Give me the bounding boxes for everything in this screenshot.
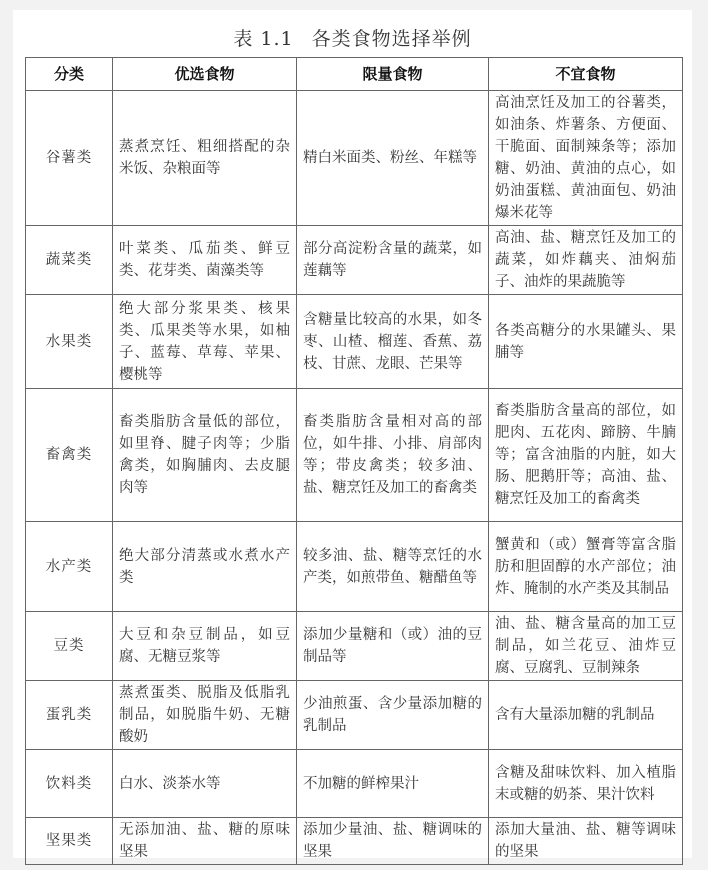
preferred-cell: 畜类脂肪含量低的部位，如里脊、腱子肉等；少脂禽类，如胸脯肉、去皮腿肉等 (113, 389, 297, 522)
category-cell: 畜禽类 (26, 389, 113, 522)
category-cell: 谷薯类 (26, 91, 113, 226)
category-cell: 豆类 (26, 612, 113, 681)
table-row: 饮料类 白水、淡茶水等 不加糖的鲜榨果汁 含糖及甜味饮料、加入植脂末或糖的奶茶、… (26, 750, 683, 818)
table-caption: 表 1.1各类食物选择举例 (13, 24, 692, 51)
table-row: 坚果类 无添加油、盐、糖的原味坚果 添加少量油、盐、糖调味的坚果 添加大量油、盐… (26, 818, 683, 865)
limited-cell: 畜类脂肪含量相对高的部位，如牛排、小排、肩部肉等；带皮禽类；较多油、盐、糖烹饪及… (297, 389, 489, 522)
avoid-cell: 高油、盐、糖烹饪及加工的蔬菜，如炸藕夹、油焖茄子、油炸的果蔬脆等 (489, 226, 683, 295)
header-avoid: 不宜食物 (489, 58, 683, 91)
table-row: 水果类 绝大部分浆果类、核果类、瓜果类等水果，如柚子、蓝莓、草莓、苹果、樱桃等 … (26, 295, 683, 389)
header-limited: 限量食物 (297, 58, 489, 91)
header-category: 分类 (26, 58, 113, 91)
category-cell: 饮料类 (26, 750, 113, 818)
category-cell: 水果类 (26, 295, 113, 389)
limited-cell: 少油煎蛋、含少量添加糖的乳制品 (297, 681, 489, 750)
limited-cell: 部分高淀粉含量的蔬菜，如莲藕等 (297, 226, 489, 295)
preferred-cell: 叶菜类、瓜茄类、鲜豆类、花芽类、菌藻类等 (113, 226, 297, 295)
category-cell: 水产类 (26, 522, 113, 612)
avoid-cell: 含糖及甜味饮料、加入植脂末或糖的奶茶、果汁饮料 (489, 750, 683, 818)
avoid-cell: 油、盐、糖含量高的加工豆制品，如兰花豆、油炸豆腐、豆腐乳、豆制辣条 (489, 612, 683, 681)
preferred-cell: 蒸煮烹饪、粗细搭配的杂米饭、杂粮面等 (113, 91, 297, 226)
avoid-cell: 各类高糖分的水果罐头、果脯等 (489, 295, 683, 389)
avoid-cell: 高油烹饪及加工的谷薯类，如油条、炸薯条、方便面、干脆面、面制辣条等；添加糖、奶油… (489, 91, 683, 226)
limited-cell: 含糖量比较高的水果，如冬枣、山楂、榴莲、香蕉、荔枝、甘蔗、龙眼、芒果等 (297, 295, 489, 389)
header-row: 分类 优选食物 限量食物 不宜食物 (26, 58, 683, 91)
preferred-cell: 绝大部分浆果类、核果类、瓜果类等水果，如柚子、蓝莓、草莓、苹果、樱桃等 (113, 295, 297, 389)
avoid-cell: 畜类脂肪含量高的部位，如肥肉、五花肉、蹄膀、牛腩等；富含油脂的内脏，如大肠、肥鹅… (489, 389, 683, 522)
table-row: 蔬菜类 叶菜类、瓜茄类、鲜豆类、花芽类、菌藻类等 部分高淀粉含量的蔬菜，如莲藕等… (26, 226, 683, 295)
limited-cell: 较多油、盐、糖等烹饪的水产类，如煎带鱼、糖醋鱼等 (297, 522, 489, 612)
preferred-cell: 大豆和杂豆制品，如豆腐、无糖豆浆等 (113, 612, 297, 681)
preferred-cell: 白水、淡茶水等 (113, 750, 297, 818)
avoid-cell: 添加大量油、盐、糖等调味的坚果 (489, 818, 683, 865)
table-row: 谷薯类 蒸煮烹饪、粗细搭配的杂米饭、杂粮面等 精白米面类、粉丝、年糕等 高油烹饪… (26, 91, 683, 226)
category-cell: 蛋乳类 (26, 681, 113, 750)
preferred-cell: 无添加油、盐、糖的原味坚果 (113, 818, 297, 865)
preferred-cell: 蒸煮蛋类、脱脂及低脂乳制品，如脱脂牛奶、无糖酸奶 (113, 681, 297, 750)
category-cell: 坚果类 (26, 818, 113, 865)
table-title: 各类食物选择举例 (312, 28, 472, 50)
limited-cell: 添加少量油、盐、糖调味的坚果 (297, 818, 489, 865)
table-row: 蛋乳类 蒸煮蛋类、脱脂及低脂乳制品，如脱脂牛奶、无糖酸奶 少油煎蛋、含少量添加糖… (26, 681, 683, 750)
food-selection-table: 分类 优选食物 限量食物 不宜食物 谷薯类 蒸煮烹饪、粗细搭配的杂米饭、杂粮面等… (25, 57, 683, 865)
document-page: 表 1.1各类食物选择举例 分类 优选食物 限量食物 不宜食物 谷薯类 蒸煮烹饪… (13, 10, 692, 858)
limited-cell: 不加糖的鲜榨果汁 (297, 750, 489, 818)
category-cell: 蔬菜类 (26, 226, 113, 295)
table-row: 畜禽类 畜类脂肪含量低的部位，如里脊、腱子肉等；少脂禽类，如胸脯肉、去皮腿肉等 … (26, 389, 683, 522)
preferred-cell: 绝大部分清蒸或水煮水产类 (113, 522, 297, 612)
avoid-cell: 含有大量添加糖的乳制品 (489, 681, 683, 750)
limited-cell: 添加少量糖和（或）油的豆制品等 (297, 612, 489, 681)
table-row: 水产类 绝大部分清蒸或水煮水产类 较多油、盐、糖等烹饪的水产类，如煎带鱼、糖醋鱼… (26, 522, 683, 612)
avoid-cell: 蟹黄和（或）蟹膏等富含脂肪和胆固醇的水产部位；油炸、腌制的水产类及其制品 (489, 522, 683, 612)
header-preferred: 优选食物 (113, 58, 297, 91)
table-number: 表 1.1 (233, 28, 293, 50)
limited-cell: 精白米面类、粉丝、年糕等 (297, 91, 489, 226)
table-row: 豆类 大豆和杂豆制品，如豆腐、无糖豆浆等 添加少量糖和（或）油的豆制品等 油、盐… (26, 612, 683, 681)
